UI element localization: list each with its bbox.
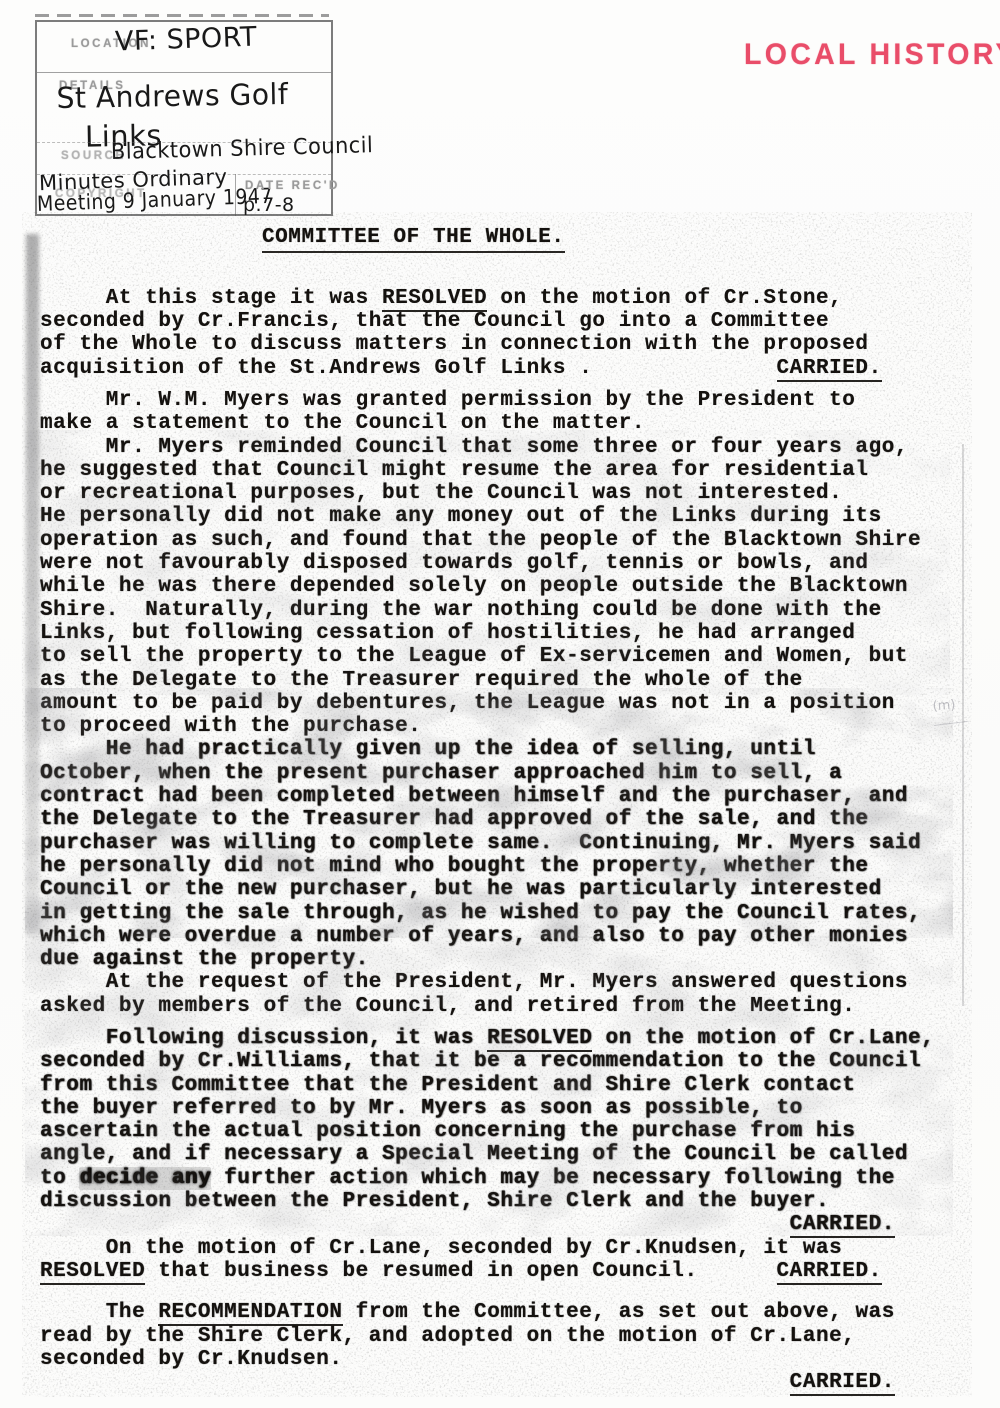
underlined-word: RESOLVED	[40, 1260, 145, 1285]
scan-edge-line	[962, 444, 964, 1006]
underlined-word: CARRIED.	[777, 357, 882, 382]
typewritten-line: he suggested that Council might resume t…	[40, 459, 940, 482]
typewritten-line: On the motion of Cr.Lane, seconded by Cr…	[40, 1237, 940, 1260]
paragraph: The RECOMMENDATION from the Committee, a…	[40, 1301, 940, 1394]
date-recd-label: DATE REC'D	[245, 180, 340, 192]
typewritten-line: the buyer referred to by Mr. Myers as so…	[40, 1097, 940, 1120]
typewritten-line: angle, and if necessary a Special Meetin…	[40, 1143, 940, 1166]
typewritten-line: were not favourably disposed towards gol…	[40, 552, 940, 575]
paragraph: On the motion of Cr.Lane, seconded by Cr…	[40, 1237, 940, 1284]
paragraph: Following discussion, it was RESOLVED on…	[40, 1027, 940, 1237]
underlined-word: RECOMMENDATION	[158, 1301, 342, 1326]
source-handwritten-value: Blacktown Shire Council	[111, 135, 374, 164]
typewritten-line: amount to be paid by debentures, the Lea…	[40, 692, 940, 715]
typewritten-line: from this Committee that the President a…	[40, 1074, 940, 1097]
paragraph: Mr. Myers reminded Council that some thr…	[40, 436, 940, 739]
typewritten-line: seconded by Cr.Williams, that it be a re…	[40, 1050, 940, 1073]
typewritten-line: in getting the sale through, as he wishe…	[40, 902, 940, 925]
typewritten-line: to decide any further action which may b…	[40, 1167, 940, 1190]
typewritten-line: seconded by Cr.Knudsen.	[40, 1348, 940, 1371]
scanned-document-page: LOCATION VF: SPORT DETAILS St Andrews Go…	[0, 0, 1000, 1408]
paragraph: At this stage it was RESOLVED on the mot…	[40, 287, 940, 380]
typewritten-line: while he was there depended solely on pe…	[40, 575, 940, 598]
typewritten-line: acquisition of the St.Andrews Golf Links…	[40, 357, 940, 380]
typewritten-line: he personally did not mind who bought th…	[40, 855, 940, 878]
paragraph: Mr. W.M. Myers was granted permission by…	[40, 389, 940, 436]
typewritten-line: Mr. Myers reminded Council that some thr…	[40, 436, 940, 459]
typewritten-line: CARRIED.	[40, 1371, 940, 1394]
typewritten-line: At this stage it was RESOLVED on the mot…	[40, 287, 940, 310]
typewritten-line: due against the property.	[40, 948, 940, 971]
typewritten-line: ascertain the actual position concerning…	[40, 1120, 940, 1143]
typewritten-line: which were overdue a number of years, an…	[40, 925, 940, 948]
typewritten-line: the Delegate to the Treasurer had approv…	[40, 808, 940, 831]
scan-left-toner-streak	[26, 234, 39, 936]
typewritten-line: He personally did not make any money out…	[40, 505, 940, 528]
stamp-divider	[235, 174, 236, 216]
typewritten-line: Links, but following cessation of hostil…	[40, 622, 940, 645]
copyright-handwritten-line2: Meeting 9 January 1947	[37, 186, 273, 215]
typewritten-line: The RECOMMENDATION from the Committee, a…	[40, 1301, 940, 1324]
overstruck-text: decide any	[79, 1167, 211, 1190]
typewritten-line: Mr. W.M. Myers was granted permission by…	[40, 389, 940, 412]
document-paragraphs: At this stage it was RESOLVED on the mot…	[40, 287, 940, 1395]
underlined-word: RESOLVED	[487, 1027, 592, 1052]
typewritten-line: read by the Shire Clerk, and adopted on …	[40, 1325, 940, 1348]
typewritten-line: At the request of the President, Mr. Mye…	[40, 971, 940, 994]
document-title: COMMITTEE OF THE WHOLE.	[262, 226, 565, 253]
typewritten-line: Shire. Naturally, during the war nothing…	[40, 599, 940, 622]
document-body: COMMITTEE OF THE WHOLE. At this stage it…	[40, 226, 940, 1394]
location-handwritten-value: VF: SPORT	[115, 24, 258, 56]
library-catalog-stamp: LOCATION VF: SPORT DETAILS St Andrews Go…	[35, 20, 333, 216]
typewritten-line: He had practically given up the idea of …	[40, 738, 940, 761]
typewritten-line: Council or the new purchaser, but he was…	[40, 878, 940, 901]
typewritten-line: asked by members of the Council, and ret…	[40, 995, 940, 1018]
underlined-word: CARRIED.	[790, 1371, 895, 1396]
typewritten-line: Following discussion, it was RESOLVED on…	[40, 1027, 940, 1050]
stamp-divider	[37, 72, 331, 73]
typewritten-line: discussion between the President, Shire …	[40, 1190, 940, 1213]
typewritten-line: contract had been completed between hims…	[40, 785, 940, 808]
paragraph: At the request of the President, Mr. Mye…	[40, 971, 940, 1018]
margin-pencil-note: (m)	[932, 697, 968, 725]
typewritten-line: or recreational purposes, but the Counci…	[40, 482, 940, 505]
typewritten-line: as the Delegate to the Treasurer require…	[40, 669, 940, 692]
typewritten-line: to proceed with the purchase.	[40, 715, 940, 738]
typewritten-line: make a statement to the Council on the m…	[40, 412, 940, 435]
underlined-word: CARRIED.	[790, 1213, 895, 1238]
underlined-word: RESOLVED	[382, 287, 487, 312]
typewritten-line: seconded by Cr.Francis, that the Council…	[40, 310, 940, 333]
typewritten-line: CARRIED.	[40, 1213, 940, 1236]
paragraph: He had practically given up the idea of …	[40, 738, 940, 971]
typewritten-line: to sell the property to the League of Ex…	[40, 645, 940, 668]
date-recd-handwritten-value: p.7-8	[243, 196, 295, 215]
typewritten-line: purchaser was willing to complete same. …	[40, 832, 940, 855]
typewritten-line: October, when the present purchaser appr…	[40, 762, 940, 785]
typewritten-line: operation as such, and found that the pe…	[40, 529, 940, 552]
local-history-stamp: LOCAL HISTORY	[744, 38, 1000, 72]
typewritten-line: RESOLVED that business be resumed in ope…	[40, 1260, 940, 1283]
underlined-word: CARRIED.	[777, 1260, 882, 1285]
details-handwritten-line1: St Andrews Golf	[56, 80, 288, 113]
typewritten-line: of the Whole to discuss matters in conne…	[40, 333, 940, 356]
